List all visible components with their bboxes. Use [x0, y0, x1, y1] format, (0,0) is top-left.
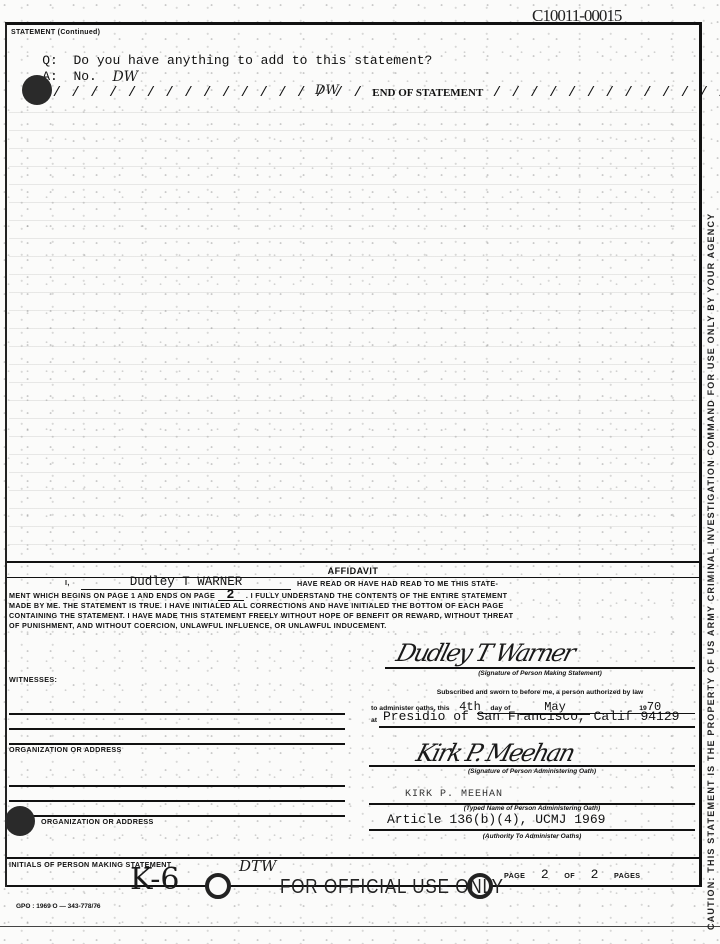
- exhibit-marker: K-6: [130, 862, 179, 897]
- org-address-label-2: ORGANIZATION OR ADDRESS: [41, 817, 154, 826]
- witness-line-1: [9, 713, 345, 715]
- signature-statement: Dudley T Warner: [393, 639, 577, 667]
- affidavit-text-2: MENT WHICH BEGINS ON PAGE 1 AND ENDS ON …: [9, 590, 697, 601]
- subscribed-text: Subscribed and sworn to before me, a per…: [385, 689, 695, 696]
- typed-name-caption: (Typed Name of Person Administering Oath…: [369, 805, 695, 812]
- caution-margin-text: CAUTION: THIS STATEMENT IS THE PROPERTY …: [706, 213, 716, 930]
- affidavit-text-1: HAVE READ OR HAVE HAD READ TO ME THIS ST…: [297, 579, 498, 588]
- oath-location-rule: [379, 726, 695, 728]
- witnesses-label: WITNESSES:: [9, 675, 57, 684]
- page-label: PAGE: [504, 871, 525, 880]
- oath-location: Presidio of San Francisco, Calif 94129: [383, 709, 679, 724]
- statement-form: STATEMENT (Continued) Q: Do you have any…: [5, 22, 702, 887]
- authority-line: [369, 829, 695, 831]
- affidavit-body: MENT WHICH BEGINS ON PAGE 1 AND ENDS ON …: [9, 590, 697, 631]
- blank-statement-area: [9, 95, 697, 565]
- at-label: at: [371, 717, 377, 724]
- signature-admin-line: [369, 765, 695, 767]
- signature-admin-caption: (Signature of Person Administering Oath): [369, 768, 695, 775]
- page-initials: DTW: [239, 857, 276, 875]
- affidavit-text-2a: MENT WHICH BEGINS ON PAGE 1 AND ENDS ON …: [9, 591, 215, 600]
- ring-hole-left: [205, 873, 231, 899]
- signature-statement-line: [385, 667, 695, 669]
- scan-edge-line: [0, 926, 720, 927]
- affidavit-top-rule: [7, 561, 699, 563]
- org-address-label-1: ORGANIZATION OR ADDRESS: [9, 745, 122, 754]
- punch-hole-top: [22, 75, 52, 105]
- end-page-number: 2: [218, 590, 244, 601]
- of-label: OF: [564, 871, 575, 880]
- question-text: Do you have anything to add to this stat…: [73, 53, 432, 68]
- punch-hole-bottom: [5, 806, 35, 836]
- witness-line-2: [9, 785, 345, 787]
- typed-admin-name: KIRK P. MEEHAN: [405, 789, 503, 800]
- witness-line-2b: [9, 800, 345, 802]
- affiant-i-label: I,: [65, 578, 70, 587]
- affidavit-text-5: OF PUNISHMENT, AND WITHOUT COERCION, UNL…: [9, 621, 697, 631]
- footer-top-rule: [7, 857, 699, 859]
- page-number: 2: [541, 867, 549, 882]
- official-use-stamp: FOR OFFICIAL USE ONLY: [280, 876, 504, 899]
- authority-caption: (Authority To Administer Oaths): [369, 833, 695, 840]
- affidavit-text-2b: . I FULLY UNDERSTAND THE CONTENTS OF THE…: [246, 591, 508, 600]
- signature-admin: Kirk P. Meehan: [413, 739, 577, 767]
- total-pages: 2: [591, 867, 599, 882]
- statement-continued-label: STATEMENT (Continued): [11, 29, 100, 36]
- signature-statement-caption: (Signature of Person Making Statement): [385, 670, 695, 677]
- page-count: PAGE 2 OF 2 PAGES: [504, 865, 640, 883]
- affidavit-text-4: CONTAINING THE STATEMENT. I HAVE MADE TH…: [9, 611, 697, 621]
- authority-value: Article 136(b)(4), UCMJ 1969: [387, 812, 605, 827]
- affiant-name: Dudley T WARNER: [81, 575, 291, 590]
- gpo-imprint: GPO : 1969 O — 343-778/76: [16, 903, 101, 910]
- pages-label: PAGES: [614, 871, 640, 880]
- affidavit-text-3: MADE BY ME. THE STATEMENT IS TRUE. I HAV…: [9, 601, 697, 611]
- witness-line-1b: [9, 728, 345, 730]
